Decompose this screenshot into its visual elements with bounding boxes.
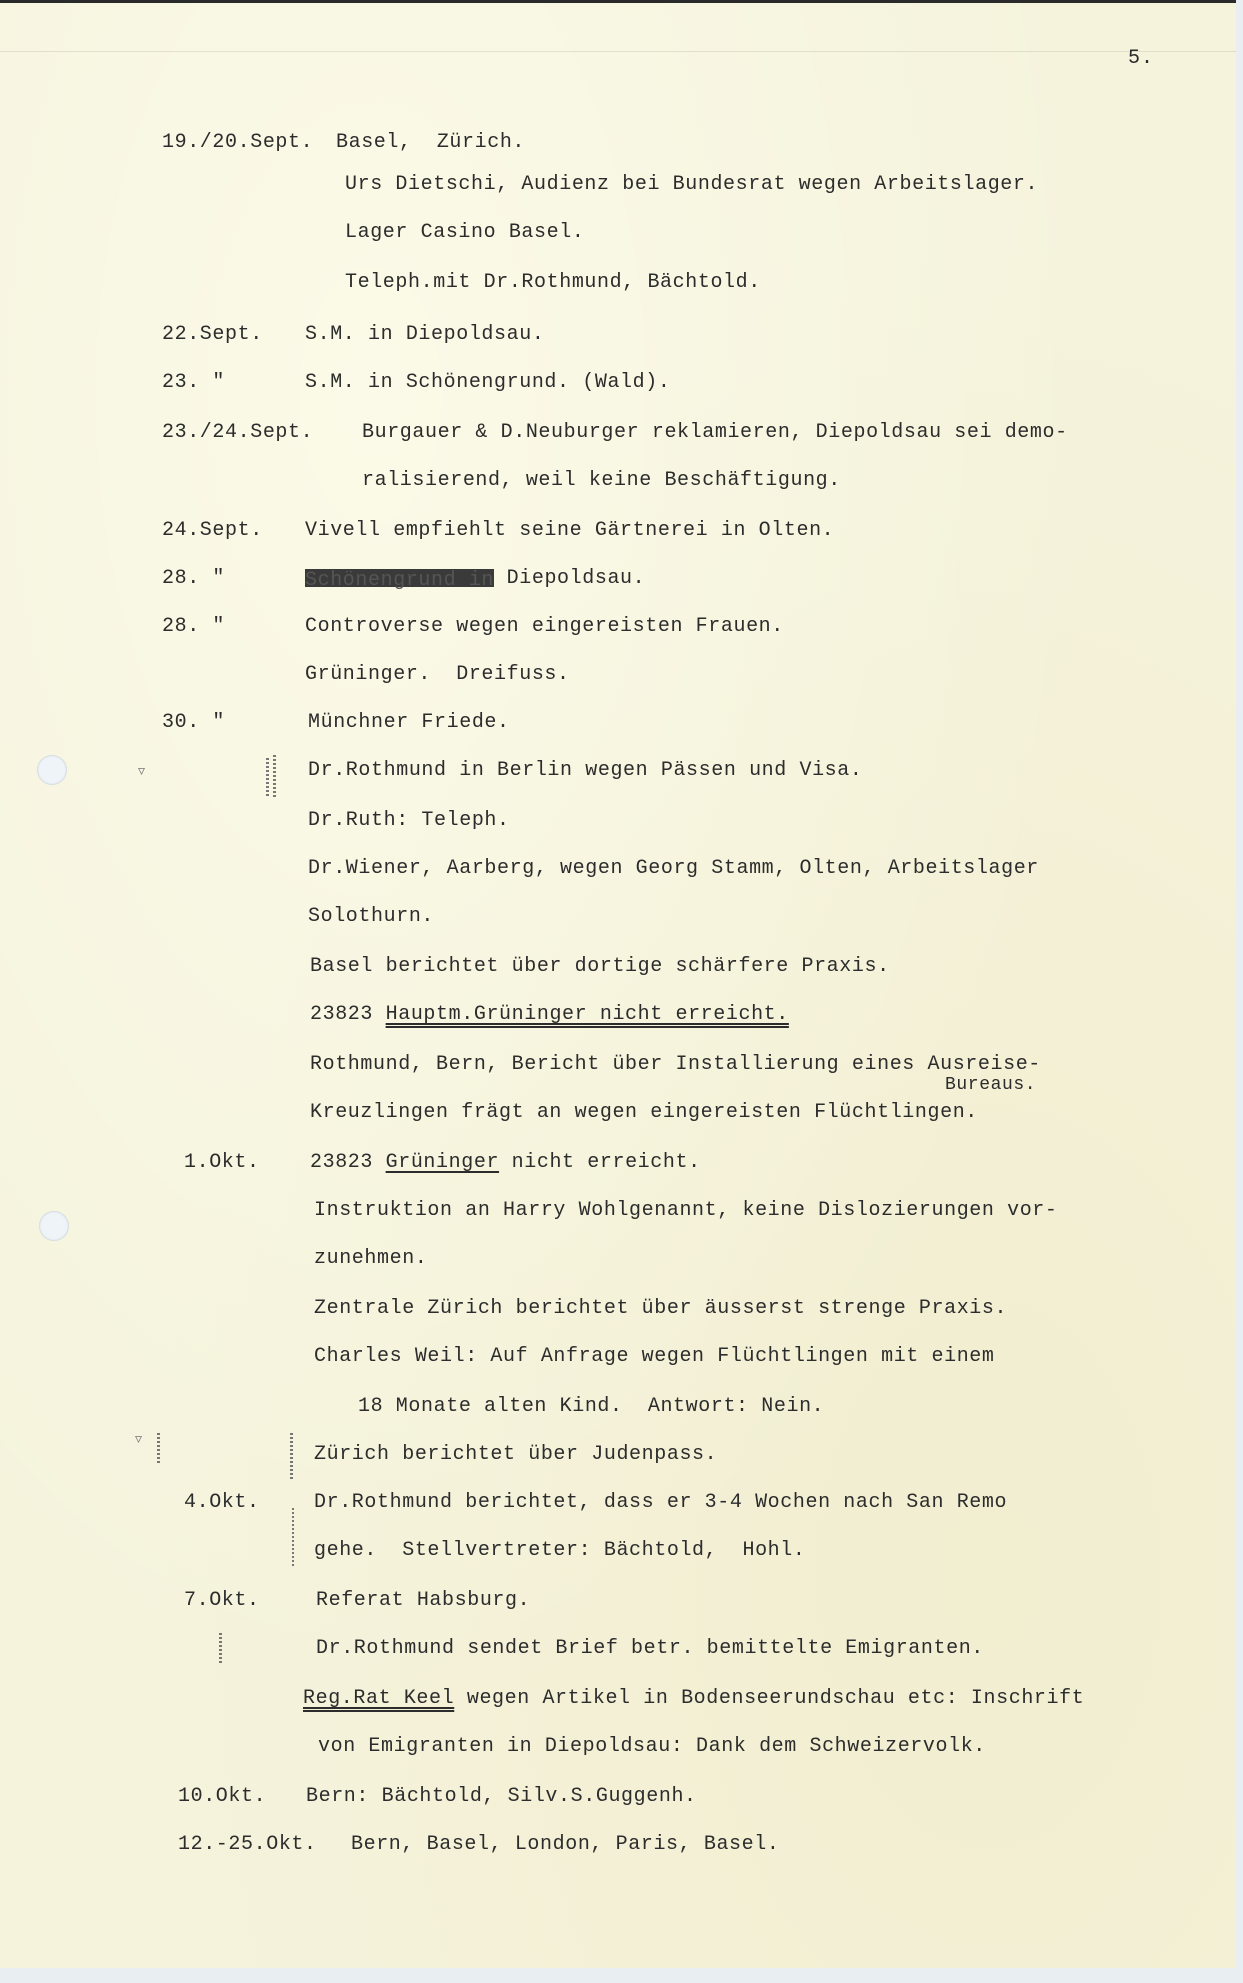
entry-text: Urs Dietschi, Audienz bei Bundesrat wege… bbox=[345, 173, 1038, 197]
entry-text: Teleph.mit Dr.Rothmund, Bächtold. bbox=[345, 271, 761, 295]
entry-text: Solothurn. bbox=[308, 905, 434, 929]
punch-hole-icon bbox=[39, 1211, 69, 1241]
margin-bar-icon bbox=[266, 758, 269, 798]
entry-date: 19./20.Sept. bbox=[162, 131, 313, 155]
entry-text: Charles Weil: Auf Anfrage wegen Flüchtli… bbox=[314, 1345, 995, 1369]
entry-date: 23./24.Sept. bbox=[162, 421, 313, 445]
entry-text: ralisierend, weil keine Beschäftigung. bbox=[362, 469, 841, 493]
entry-text: Lager Casino Basel. bbox=[345, 221, 584, 245]
entry-text: gehe. Stellvertreter: Bächtold, Hohl. bbox=[314, 1539, 805, 1563]
entry-date: 23. " bbox=[162, 371, 225, 395]
entry-date: 28. " bbox=[162, 567, 225, 591]
entry-text: Instruktion an Harry Wohlgenannt, keine … bbox=[314, 1199, 1058, 1223]
paper-fold-line bbox=[0, 51, 1236, 52]
entry-text: S.M. in Diepoldsau. bbox=[305, 323, 544, 347]
entry-text: Referat Habsburg. bbox=[316, 1589, 530, 1613]
page-number: 5. bbox=[1128, 47, 1154, 70]
punch-hole-icon bbox=[37, 755, 67, 785]
document-page: 5. ▿ ▿ 19./20.Sept. Basel, Zürich. Urs D… bbox=[0, 0, 1236, 1968]
underlined-text: Grüninger bbox=[386, 1151, 499, 1174]
entry-date: 1.Okt. bbox=[184, 1151, 260, 1175]
entry-text: Vivell empfiehlt seine Gärtnerei in Olte… bbox=[305, 519, 834, 543]
entry-text-continuation: Bureaus. bbox=[945, 1073, 1036, 1097]
margin-bar-icon bbox=[292, 1508, 294, 1568]
entry-text: Basel berichtet über dortige schärfere P… bbox=[310, 955, 890, 979]
entry-text: Kreuzlingen frägt an wegen eingereisten … bbox=[310, 1101, 978, 1125]
entry-date: 10.Okt. bbox=[178, 1785, 266, 1809]
margin-bar-icon bbox=[219, 1633, 222, 1663]
entry-text: 18 Monate alten Kind. Antwort: Nein. bbox=[358, 1395, 824, 1419]
entry-date: 4.Okt. bbox=[184, 1491, 260, 1515]
entry-text-remainder: wegen Artikel in Bodenseerundschau etc: … bbox=[454, 1687, 1084, 1710]
entry-text: Bern, Basel, London, Paris, Basel. bbox=[351, 1833, 779, 1857]
entry-text: Dr.Rothmund sendet Brief betr. bemittelt… bbox=[316, 1637, 984, 1661]
entry-text: von Emigranten in Diepoldsau: Dank dem S… bbox=[318, 1735, 986, 1759]
reference-number: 23823 bbox=[310, 1003, 386, 1026]
margin-bar-icon bbox=[273, 755, 276, 799]
entry-text: Burgauer & D.Neuburger reklamieren, Diep… bbox=[362, 421, 1068, 445]
margin-bar-icon bbox=[290, 1433, 293, 1481]
entry-text: Schönengrund in Diepoldsau. bbox=[305, 567, 645, 591]
entry-text: Controverse wegen eingereisten Frauen. bbox=[305, 615, 784, 639]
reference-number: 23823 bbox=[310, 1151, 386, 1174]
entry-text: Dr.Ruth: Teleph. bbox=[308, 809, 510, 833]
entry-text: Zentrale Zürich berichtet über äusserst … bbox=[314, 1297, 1007, 1321]
entry-text: Dr.Rothmund in Berlin wegen Pässen und V… bbox=[308, 759, 863, 783]
entry-text: Reg.Rat Keel wegen Artikel in Bodenseeru… bbox=[303, 1687, 1084, 1711]
entry-text: Münchner Friede. bbox=[308, 711, 510, 735]
entry-text: S.M. in Schönengrund. (Wald). bbox=[305, 371, 670, 395]
entry-date: 22.Sept. bbox=[162, 323, 263, 347]
entry-date: 24.Sept. bbox=[162, 519, 263, 543]
entry-date: 30. " bbox=[162, 711, 225, 735]
entry-text: Dr.Rothmund berichtet, dass er 3-4 Woche… bbox=[314, 1491, 1007, 1515]
entry-text: 23823 Grüninger nicht erreicht. bbox=[310, 1151, 701, 1175]
entry-text-remainder: nicht erreicht. bbox=[499, 1151, 701, 1174]
entry-date: 7.Okt. bbox=[184, 1589, 260, 1613]
entry-text: Bern: Bächtold, Silv.S.Guggenh. bbox=[306, 1785, 697, 1809]
entry-text: Dr.Wiener, Aarberg, wegen Georg Stamm, O… bbox=[308, 857, 1039, 881]
underlined-text: Hauptm.Grüninger nicht erreicht. bbox=[386, 1003, 789, 1026]
margin-check-icon: ▿ bbox=[135, 1431, 142, 1447]
entry-text: Grüninger. Dreifuss. bbox=[305, 663, 570, 687]
entry-text: 23823 Hauptm.Grüninger nicht erreicht. bbox=[310, 1003, 789, 1027]
struck-out-text: Schönengrund in bbox=[305, 569, 494, 587]
entry-date: 12.-25.Okt. bbox=[178, 1833, 317, 1857]
entry-date: 28. " bbox=[162, 615, 225, 639]
margin-check-icon: ▿ bbox=[138, 763, 145, 779]
margin-bar-icon bbox=[157, 1433, 160, 1463]
entry-text: Zürich berichtet über Judenpass. bbox=[314, 1443, 717, 1467]
underlined-text: Reg.Rat Keel bbox=[303, 1687, 454, 1710]
entry-text-remainder: Diepoldsau. bbox=[507, 567, 646, 590]
entry-text: Rothmund, Bern, Bericht über Installieru… bbox=[310, 1053, 1041, 1077]
entry-text: zunehmen. bbox=[314, 1247, 427, 1271]
entry-text: Basel, Zürich. bbox=[336, 131, 525, 155]
